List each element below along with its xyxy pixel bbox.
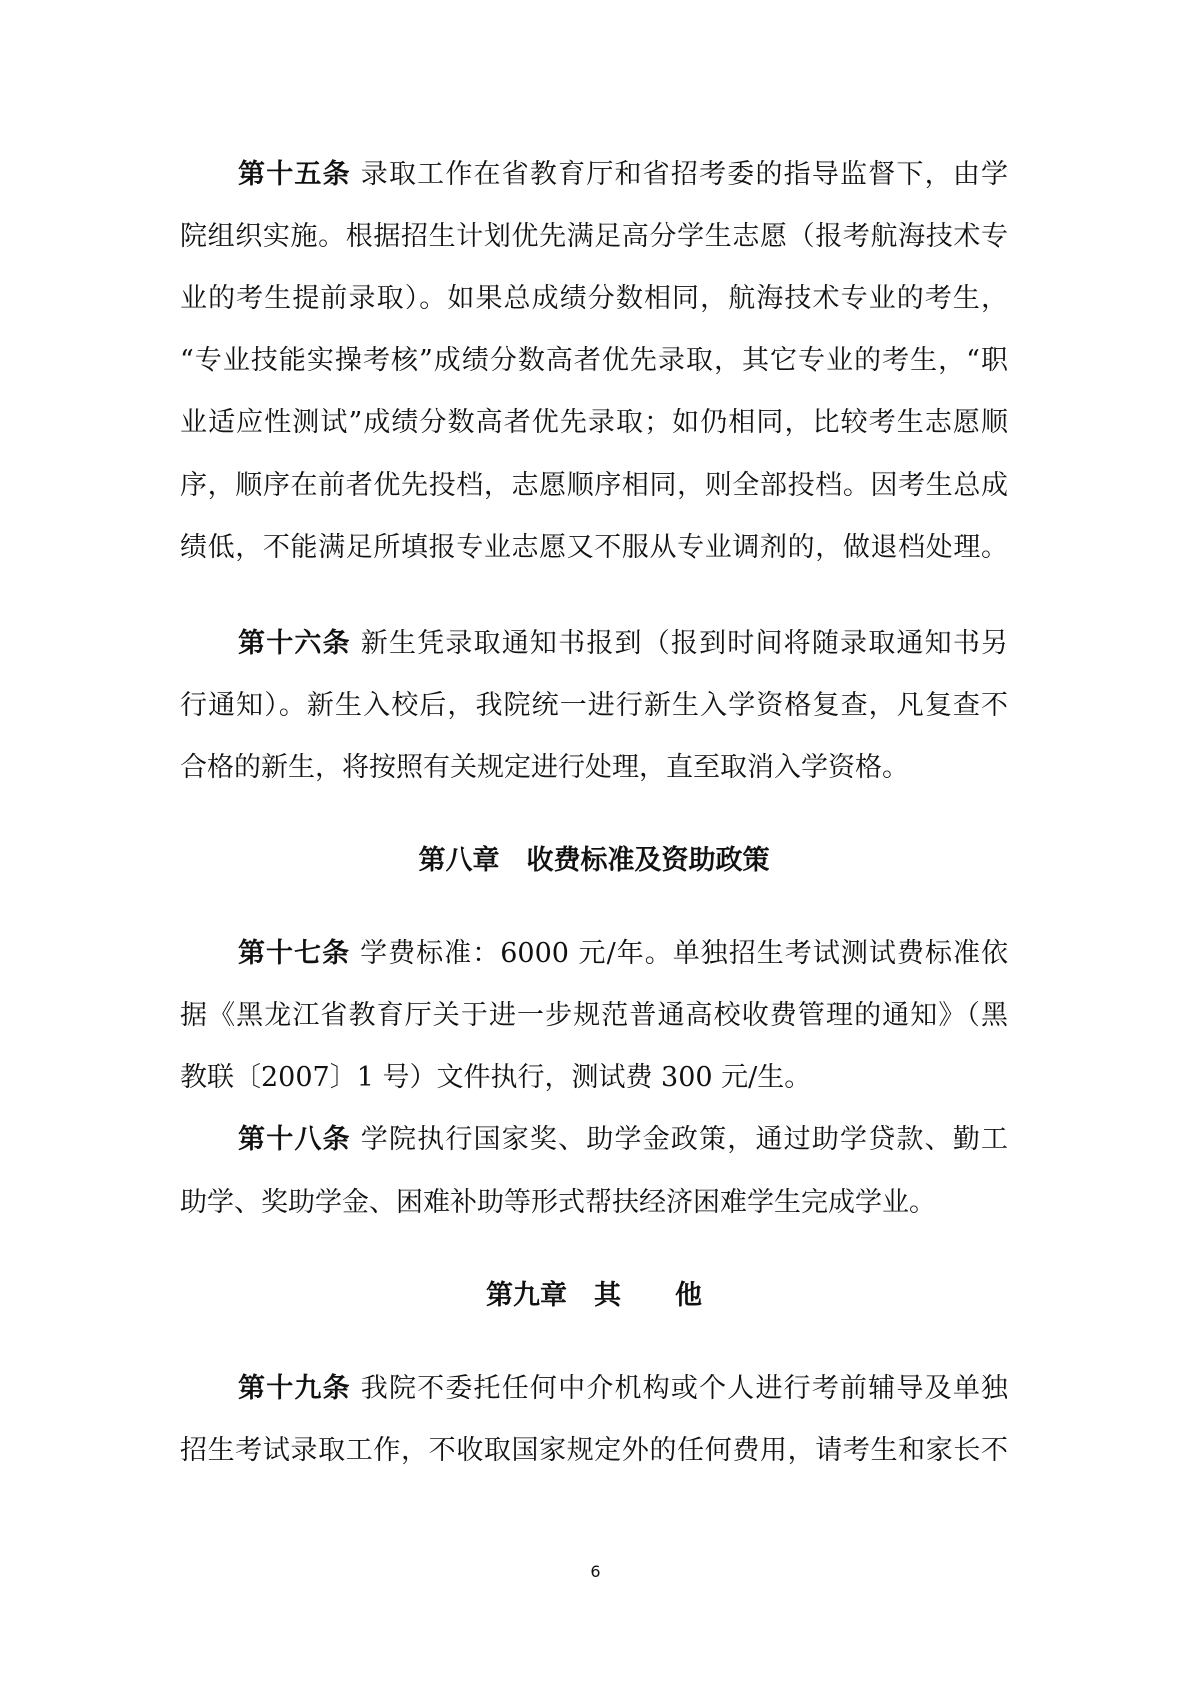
page-number: 6: [0, 1562, 1191, 1581]
article-15-line-7: 绩低，不能满足所填报专业志愿又不服从专业调剂的，做退档处理。: [180, 517, 1008, 579]
article-19-line-2: 招生考试录取工作，不收取国家规定外的任何费用，请考生和家长不: [180, 1420, 1008, 1482]
article-16-label: 第十六条: [238, 628, 351, 659]
article-19-line-1: 第十九条我院不委托任何中介机构或个人进行考前辅导及单独: [238, 1358, 1008, 1420]
article-17-line-1: 第十七条学费标准：6000 元/年。单独招生考试测试费标准依: [238, 923, 1008, 985]
article-18-line-1: 第十八条学院执行国家奖、助学金政策，通过助学贷款、勤工: [238, 1109, 1008, 1171]
article-17-label: 第十七条: [238, 938, 350, 969]
article-15-label: 第十五条: [238, 159, 351, 190]
article-15-line-1: 第十五条录取工作在省教育厅和省招考委的指导监督下，由学: [238, 144, 1008, 206]
article-18-label: 第十八条: [238, 1124, 351, 1155]
article-15-line-6: 序，顺序在前者优先投档，志愿顺序相同，则全部投档。因考生总成: [180, 455, 1008, 517]
chapter-9-heading: 第九章 其 他: [180, 1265, 1008, 1327]
article-17-line-2: 据《黑龙江省教育厅关于进一步规范普通高校收费管理的通知》（黑: [180, 985, 1008, 1047]
article-15-line-4: “专业技能实操考核”成绩分数高者优先录取，其它专业的考生，“职: [180, 330, 1008, 392]
article-16-line-3: 合格的新生，将按照有关规定进行处理，直至取消入学资格。: [180, 737, 1008, 799]
article-19-label: 第十九条: [238, 1373, 351, 1404]
chapter-8-heading: 第八章 收费标准及资助政策: [180, 830, 1008, 892]
article-18-line-2: 助学、奖助学金、困难补助等形式帮扶经济困难学生完成学业。: [180, 1172, 1008, 1234]
article-17-line-3: 教联〔2007〕1 号）文件执行，测试费 300 元/生。: [180, 1047, 1008, 1109]
article-16-line-2: 行通知）。新生入校后，我院统一进行新生入学资格复查，凡复查不: [180, 675, 1008, 737]
article-15-line-5: 业适应性测试”成绩分数高者优先录取；如仍相同，比较考生志愿顺: [180, 392, 1008, 454]
article-16-line-1: 第十六条新生凭录取通知书报到（报到时间将随录取通知书另: [238, 613, 1008, 675]
article-15-line-3: 业的考生提前录取）。如果总成绩分数相同，航海技术专业的考生，: [180, 268, 1008, 330]
article-15-line-2: 院组织实施。根据招生计划优先满足高分学生志愿（报考航海技术专: [180, 206, 1008, 268]
document-page: 第十五条录取工作在省教育厅和省招考委的指导监督下，由学 院组织实施。根据招生计划…: [0, 0, 1191, 1684]
